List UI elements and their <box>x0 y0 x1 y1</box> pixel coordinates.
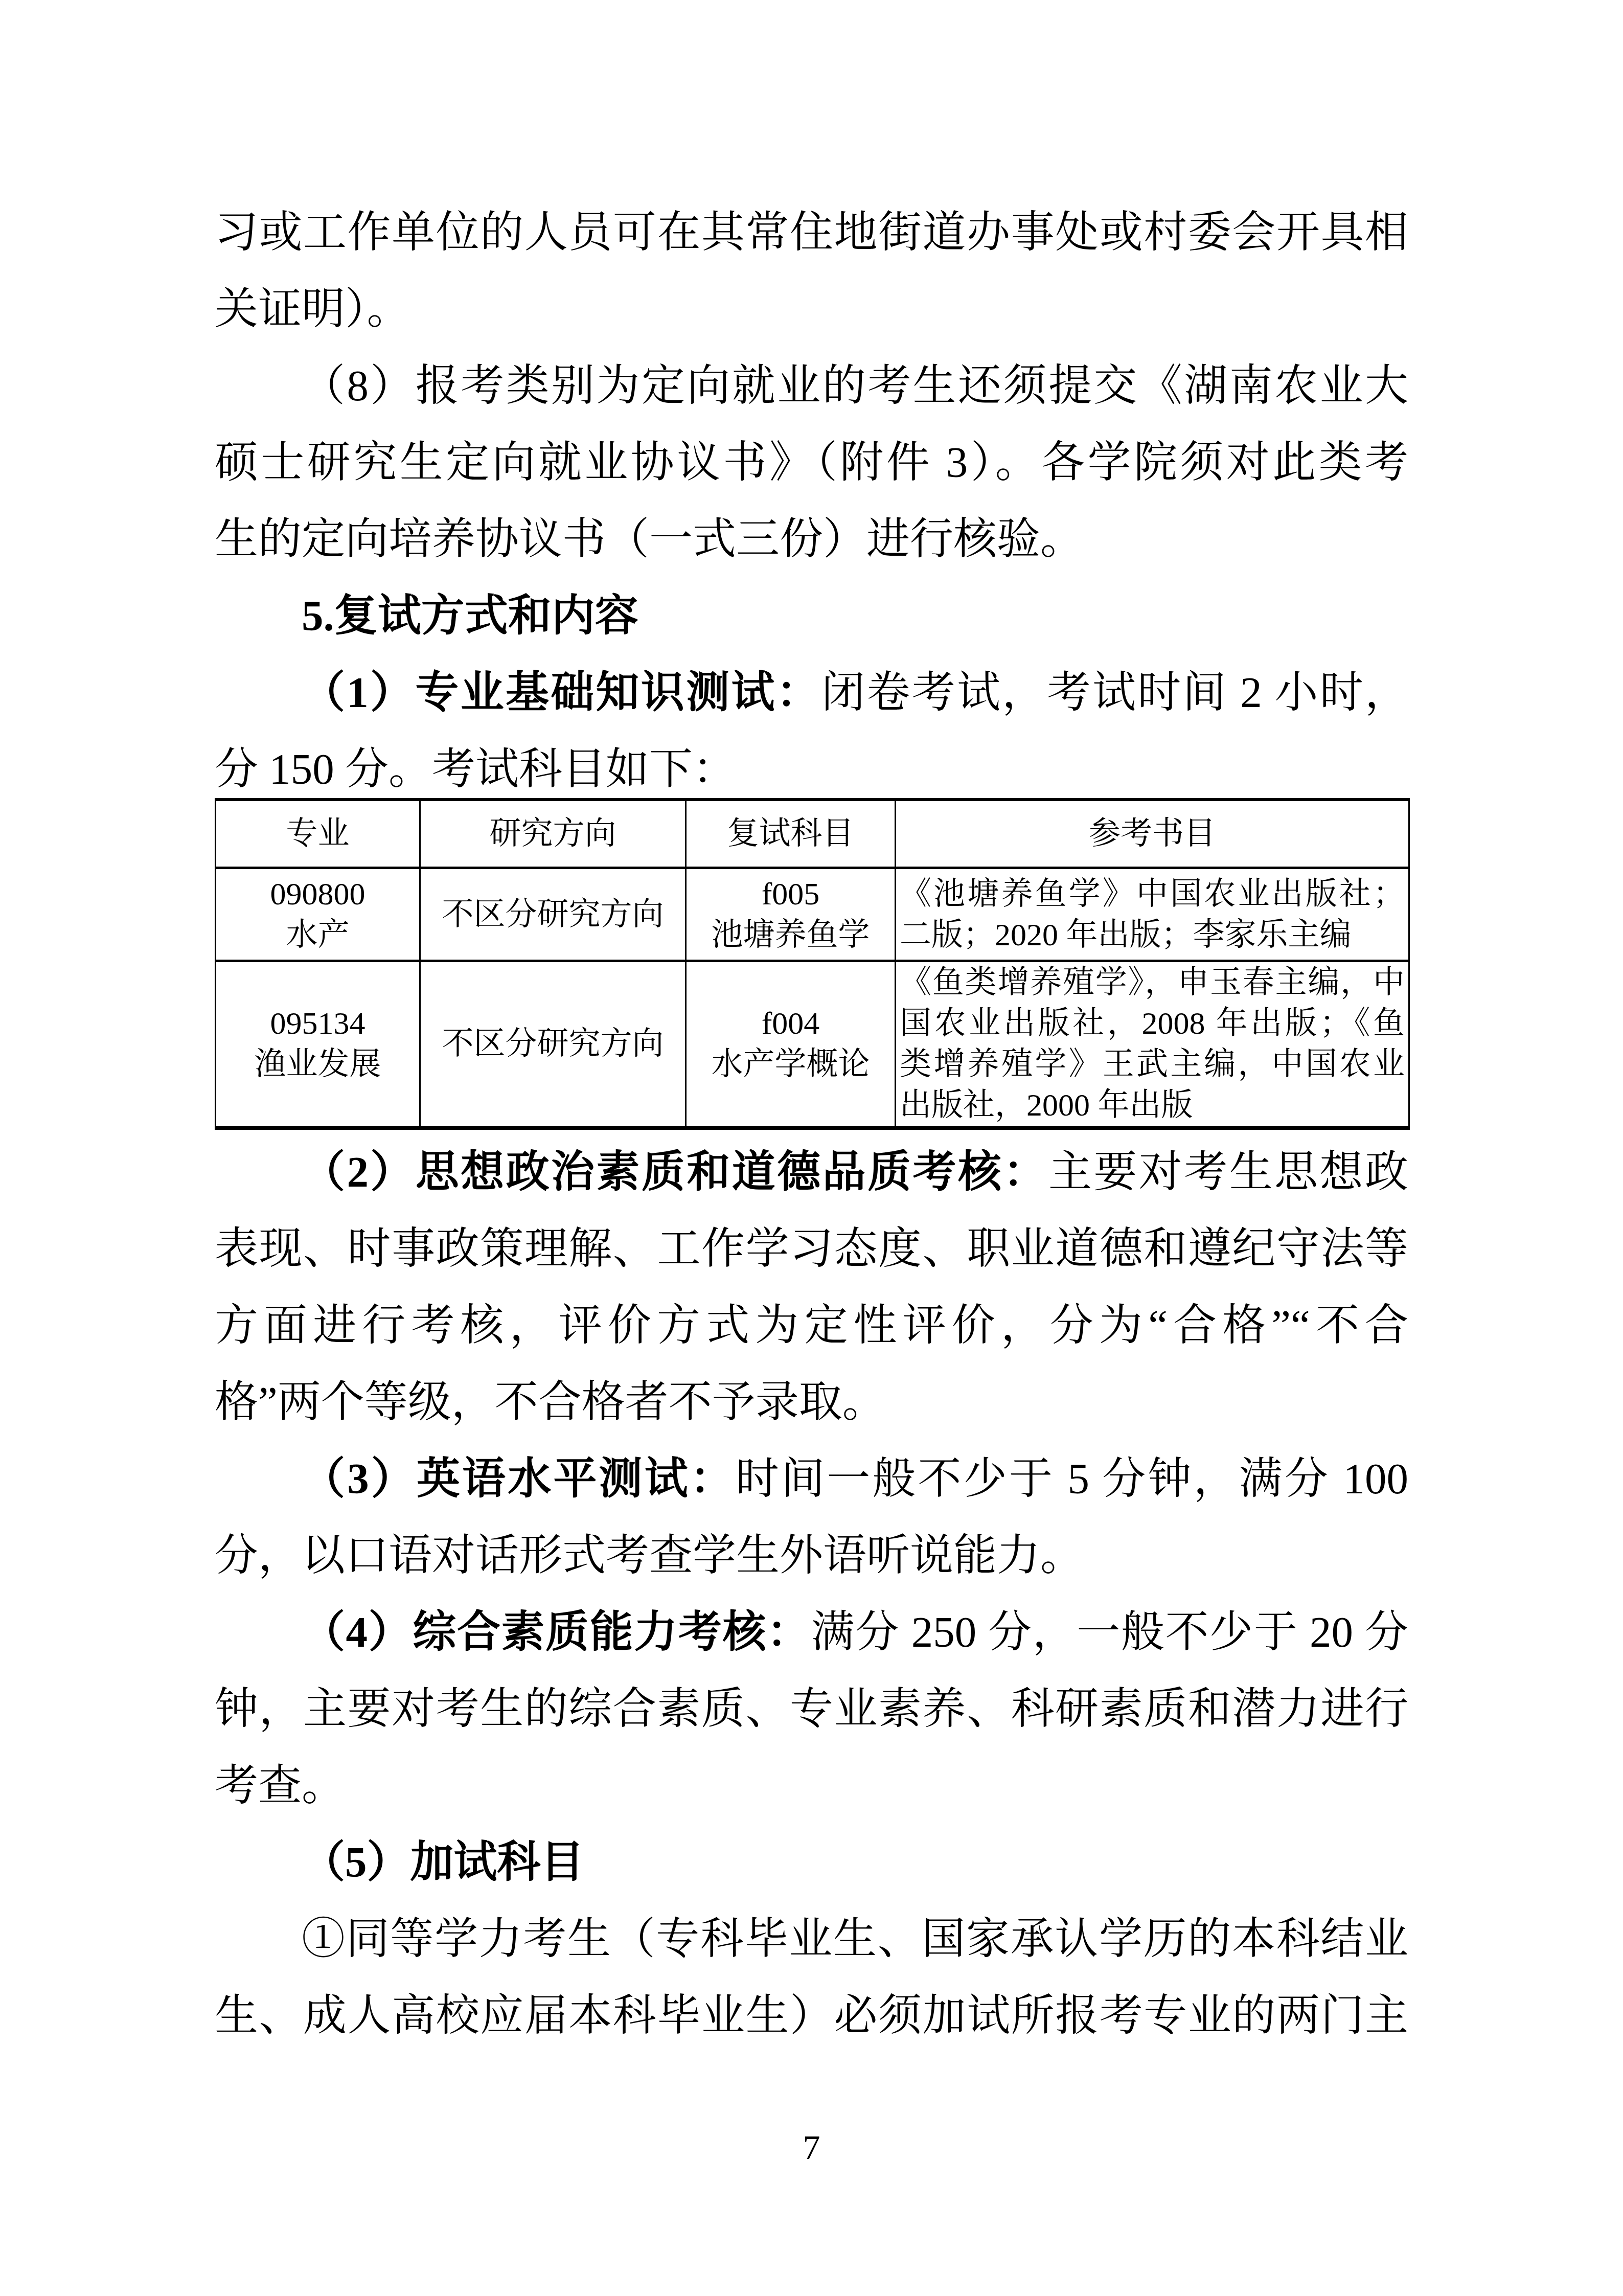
table-cell-line: 《鱼类增养殖学》，申玉春主编，中 <box>896 962 1408 1003</box>
table-cell-line: 参考书目 <box>896 813 1408 854</box>
text-run: 表现、时事政策理解、工作学习态度、职业道德和遵纪守法等 <box>215 1225 1408 1273</box>
retest-subjects-table: 专业研究方向复试科目参考书目 090800水产不区分研究方向f005池塘养鱼学《… <box>215 798 1410 1130</box>
text-run: （8）报考类别为定向就业的考生还须提交《湖南农业大学 <box>302 362 1408 424</box>
body-text-line: 关证明）。 <box>215 271 1408 348</box>
text-run: 硕士研究生定向就业协议书》（附件 3）。各学院须对此类考 <box>215 439 1408 487</box>
table-cell-line: 《池塘养鱼学》中国农业出版社；第 <box>896 874 1408 915</box>
table-cell-line: 池塘养鱼学 <box>687 915 895 956</box>
bold-text-run: 5.复试方式和内容 <box>302 592 638 640</box>
table-cell: f005池塘养鱼学 <box>686 868 896 961</box>
table-cell: f004水产学概论 <box>686 961 896 1128</box>
body-text-line: （1）专业基础知识测试：闭卷考试，考试时间 2 小时，满 <box>215 654 1408 731</box>
table-cell-line: f004 <box>687 1003 895 1044</box>
body-text-line: 分 150 分。考试科目如下： <box>215 731 1408 808</box>
body-text-line: 方面进行考核，评价方式为定性评价，分为“合格”“不合 <box>215 1287 1408 1364</box>
body-text-line: 生的定向培养协议书（一式三份）进行核验。 <box>215 501 1408 578</box>
bold-text-run: （3）英语水平测试： <box>302 1455 736 1503</box>
table-cell: 《鱼类增养殖学》，申玉春主编，中国农业出版社，2008 年出版；《鱼类增养殖学》… <box>896 961 1409 1128</box>
body-text-line: 表现、时事政策理解、工作学习态度、职业道德和遵纪守法等 <box>215 1211 1408 1287</box>
table-cell: 095134渔业发展 <box>216 961 420 1128</box>
text-run: 考查。 <box>215 1762 345 1810</box>
table-cell-line: f005 <box>687 874 895 915</box>
text-run: 时间一般不少于 5 分钟，满分 100 <box>736 1455 1408 1503</box>
bold-text-run: （2）思想政治素质和道德品质考核： <box>302 1148 1048 1196</box>
page-number: 7 <box>0 2122 1623 2173</box>
table-cell-line: 090800 <box>216 874 419 915</box>
paragraphs-before-table: 习或工作单位的人员可在其常住地街道办事处或村委会开具相关证明）。（8）报考类别为… <box>215 194 1408 808</box>
table-cell: 不区分研究方向 <box>420 868 686 961</box>
body-text-line: 分，以口语对话形式考查学生外语听说能力。 <box>215 1517 1408 1594</box>
body-text-line: （2）思想政治素质和道德品质考核：主要对考生思想政治 <box>215 1134 1408 1211</box>
page-content: 习或工作单位的人员可在其常住地街道办事处或村委会开具相关证明）。（8）报考类别为… <box>215 194 1408 2054</box>
table-header-cell: 参考书目 <box>896 800 1409 868</box>
text-run: 满分 250 分，一般不少于 20 分 <box>811 1608 1408 1656</box>
table-cell-line: 研究方向 <box>421 813 685 854</box>
table-cell-line: 复试科目 <box>687 813 895 854</box>
body-text-line: 习或工作单位的人员可在其常住地街道办事处或村委会开具相 <box>215 194 1408 271</box>
bold-text-run: （4）综合素质能力考核： <box>302 1608 811 1656</box>
text-run: 分 150 分。考试科目如下： <box>215 745 736 793</box>
table-header-row: 专业研究方向复试科目参考书目 <box>216 800 1409 868</box>
table-cell-line: 水产学概论 <box>687 1044 895 1085</box>
table-cell-line: 不区分研究方向 <box>421 1024 685 1064</box>
body-text-line: 生、成人高校应届本科毕业生）必须加试所报考专业的两门主 <box>215 1977 1408 2054</box>
section-heading-line: 5.复试方式和内容 <box>215 578 1408 654</box>
body-text-line: （8）报考类别为定向就业的考生还须提交《湖南农业大学 <box>215 348 1408 424</box>
table-header-cell: 复试科目 <box>686 800 896 868</box>
text-run: 生、成人高校应届本科毕业生）必须加试所报考专业的两门主 <box>215 1992 1408 2040</box>
table-cell-line: 水产 <box>216 915 419 956</box>
text-run: 关证明）。 <box>215 285 410 333</box>
table-cell-line: 不区分研究方向 <box>421 894 685 935</box>
body-text-line: 硕士研究生定向就业协议书》（附件 3）。各学院须对此类考 <box>215 424 1408 501</box>
table-cell-line: 渔业发展 <box>216 1044 419 1085</box>
table-cell-line: 二版；2020 年出版；李家乐主编 <box>896 915 1408 956</box>
table-header-cell: 专业 <box>216 800 420 868</box>
table-cell-line: 出版社，2000 年出版 <box>896 1085 1408 1126</box>
table-body: 090800水产不区分研究方向f005池塘养鱼学《池塘养鱼学》中国农业出版社；第… <box>216 868 1409 1128</box>
bold-text-run: （5）加试科目 <box>302 1838 584 1886</box>
section-heading-line: （5）加试科目 <box>215 1824 1408 1901</box>
body-text-line: 格”两个等级，不合格者不予录取。 <box>215 1364 1408 1441</box>
table-cell: 《池塘养鱼学》中国农业出版社；第二版；2020 年出版；李家乐主编 <box>896 868 1409 961</box>
text-run: 习或工作单位的人员可在其常住地街道办事处或村委会开具相 <box>215 209 1408 257</box>
document-page: 习或工作单位的人员可在其常住地街道办事处或村委会开具相关证明）。（8）报考类别为… <box>0 0 1623 2296</box>
table-header-cell: 研究方向 <box>420 800 686 868</box>
table-cell: 090800水产 <box>216 868 420 961</box>
paragraphs-after-table: （2）思想政治素质和道德品质考核：主要对考生思想政治表现、时事政策理解、工作学习… <box>215 1134 1408 2054</box>
table-cell-line: 专业 <box>216 813 419 854</box>
body-text-line: （4）综合素质能力考核：满分 250 分，一般不少于 20 分 <box>215 1594 1408 1671</box>
text-run: 方面进行考核，评价方式为定性评价，分为“合格”“不合 <box>215 1302 1408 1350</box>
text-run: 格”两个等级，不合格者不予录取。 <box>215 1378 886 1426</box>
table-cell-line: 095134 <box>216 1003 419 1044</box>
body-text-line: 考查。 <box>215 1747 1408 1824</box>
table-row: 090800水产不区分研究方向f005池塘养鱼学《池塘养鱼学》中国农业出版社；第… <box>216 868 1409 961</box>
text-run: ①同等学力考生（专科毕业生、国家承认学历的本科结业 <box>302 1915 1408 1963</box>
body-text-line: 钟，主要对考生的综合素质、专业素养、科研素质和潜力进行 <box>215 1671 1408 1747</box>
table-header: 专业研究方向复试科目参考书目 <box>216 800 1409 868</box>
table-cell-line: 国农业出版社，2008 年出版；《鱼 <box>896 1003 1408 1044</box>
body-text-line: （3）英语水平测试：时间一般不少于 5 分钟，满分 100 <box>215 1441 1408 1517</box>
text-run: 生的定向培养协议书（一式三份）进行核验。 <box>215 515 1084 563</box>
bold-text-run: （1）专业基础知识测试： <box>302 669 821 717</box>
table-cell-line: 类增养殖学》王武主编，中国农业 <box>896 1044 1408 1085</box>
body-text-line: ①同等学力考生（专科毕业生、国家承认学历的本科结业 <box>215 1901 1408 1977</box>
table-row: 095134渔业发展不区分研究方向f004水产学概论《鱼类增养殖学》，申玉春主编… <box>216 961 1409 1128</box>
text-run: 钟，主要对考生的综合素质、专业素养、科研素质和潜力进行 <box>215 1685 1408 1733</box>
text-run: 分，以口语对话形式考查学生外语听说能力。 <box>215 1532 1084 1580</box>
table-cell: 不区分研究方向 <box>420 961 686 1128</box>
